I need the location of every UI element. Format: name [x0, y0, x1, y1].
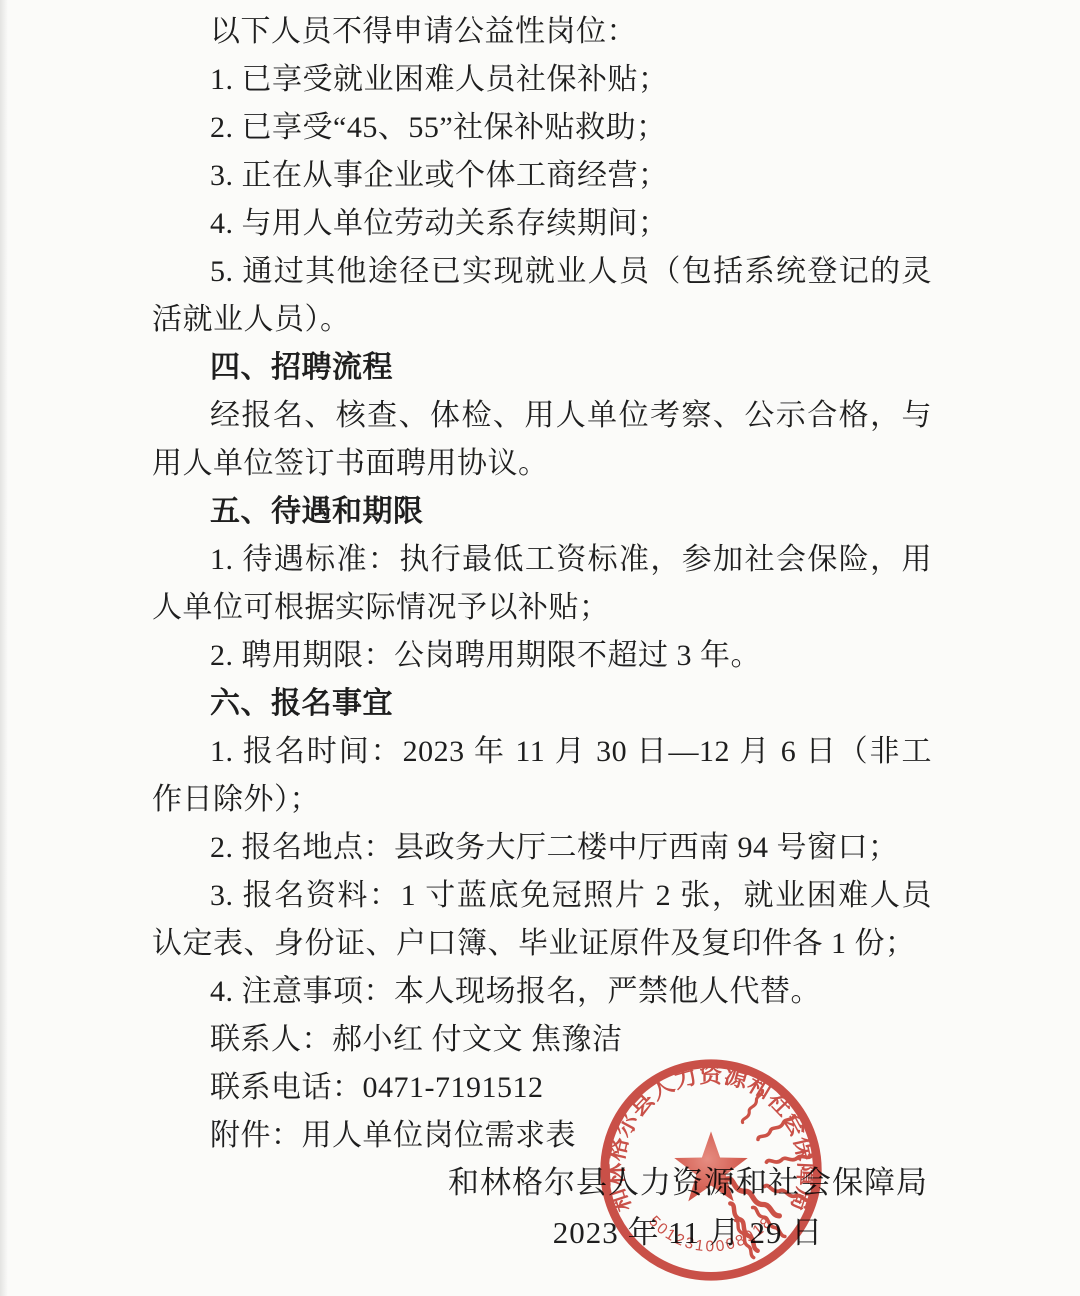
paragraph: 1. 待遇标准：执行最低工资标准，参加社会保险，用人单位可根据实际情况予以补贴；: [152, 536, 932, 632]
paragraph: 联系人：郝小红 付文文 焦豫洁: [152, 1016, 932, 1064]
paragraph: 2. 已享受“45、55”社保补贴救助；: [152, 104, 932, 152]
paragraph: 1. 已享受就业困难人员社保补贴；: [152, 56, 932, 104]
section-heading: 五、待遇和期限: [152, 488, 932, 536]
signature-agency: 和林格尔县人力资源和社会保障局: [296, 1158, 1080, 1208]
paragraph: 3. 正在从事企业或个体工商经营；: [152, 152, 932, 200]
section-heading: 四、招聘流程: [152, 344, 932, 392]
paragraph: 2. 报名地点：县政务大厅二楼中厅西南 94 号窗口；: [152, 824, 932, 872]
document-page: 以下人员不得申请公益性岗位：1. 已享受就业困难人员社保补贴；2. 已享受“45…: [0, 0, 1080, 1296]
paragraph: 1. 报名时间：2023 年 11 月 30 日—12 月 6 日（非工作日除外…: [152, 728, 932, 824]
paragraph: 5. 通过其他途径已实现就业人员（包括系统登记的灵活就业人员）。: [152, 248, 932, 344]
paragraph: 附件：用人单位岗位需求表: [152, 1112, 932, 1160]
paragraph: 2. 聘用期限：公岗聘用期限不超过 3 年。: [152, 632, 932, 680]
paragraph: 联系电话：0471-7191512: [152, 1064, 932, 1112]
paragraph: 以下人员不得申请公益性岗位：: [152, 8, 932, 56]
signature-date: 2023 年 11 月 29 日: [296, 1208, 1080, 1258]
paragraph: 4. 与用人单位劳动关系存续期间；: [152, 200, 932, 248]
document-body: 以下人员不得申请公益性岗位：1. 已享受就业困难人员社保补贴；2. 已享受“45…: [0, 0, 1080, 1160]
signature-block: 和林格尔县人力资源和社会保障局 2023 年 11 月 29 日: [296, 1158, 1080, 1258]
paragraph: 经报名、核查、体检、用人单位考察、公示合格，与用人单位签订书面聘用协议。: [152, 392, 932, 488]
section-heading: 六、报名事宜: [152, 680, 932, 728]
paragraph: 3. 报名资料：1 寸蓝底免冠照片 2 张，就业困难人员认定表、身份证、户口簿、…: [152, 872, 932, 968]
paragraph: 4. 注意事项：本人现场报名，严禁他人代替。: [152, 968, 932, 1016]
